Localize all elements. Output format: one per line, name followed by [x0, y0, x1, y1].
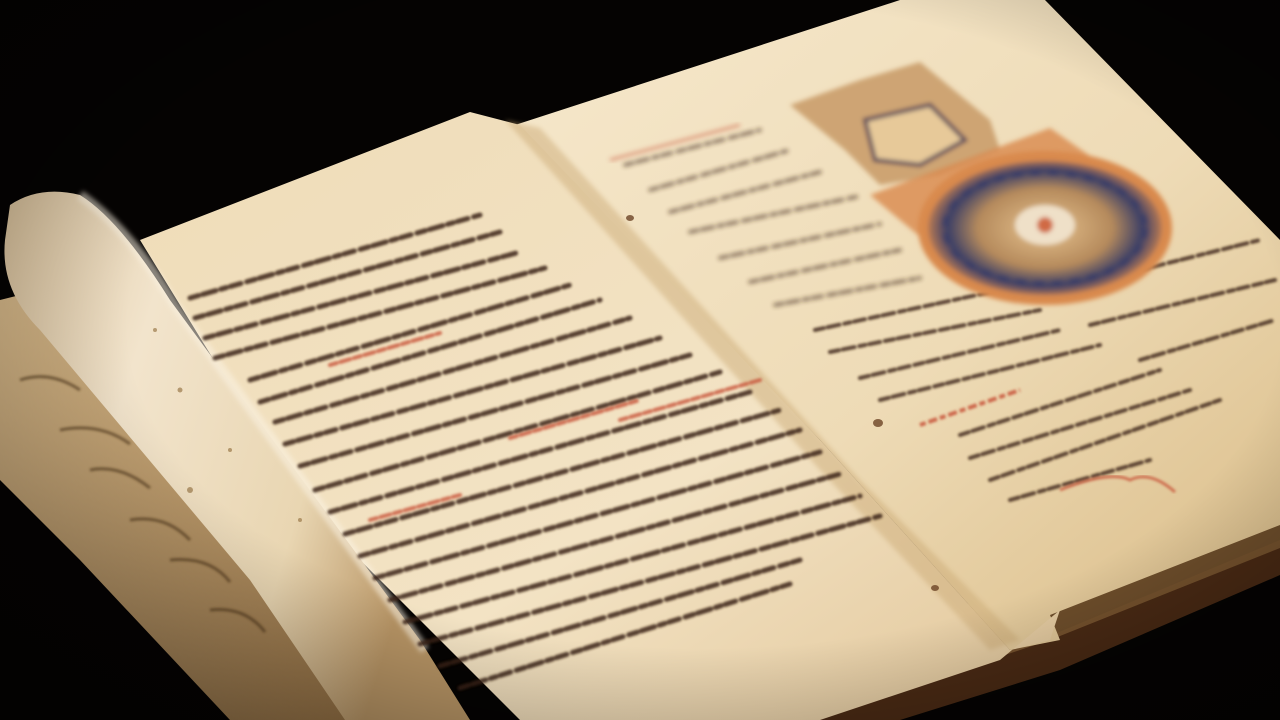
manuscript-illustration [0, 0, 1280, 720]
manuscript-photo [0, 0, 1280, 720]
